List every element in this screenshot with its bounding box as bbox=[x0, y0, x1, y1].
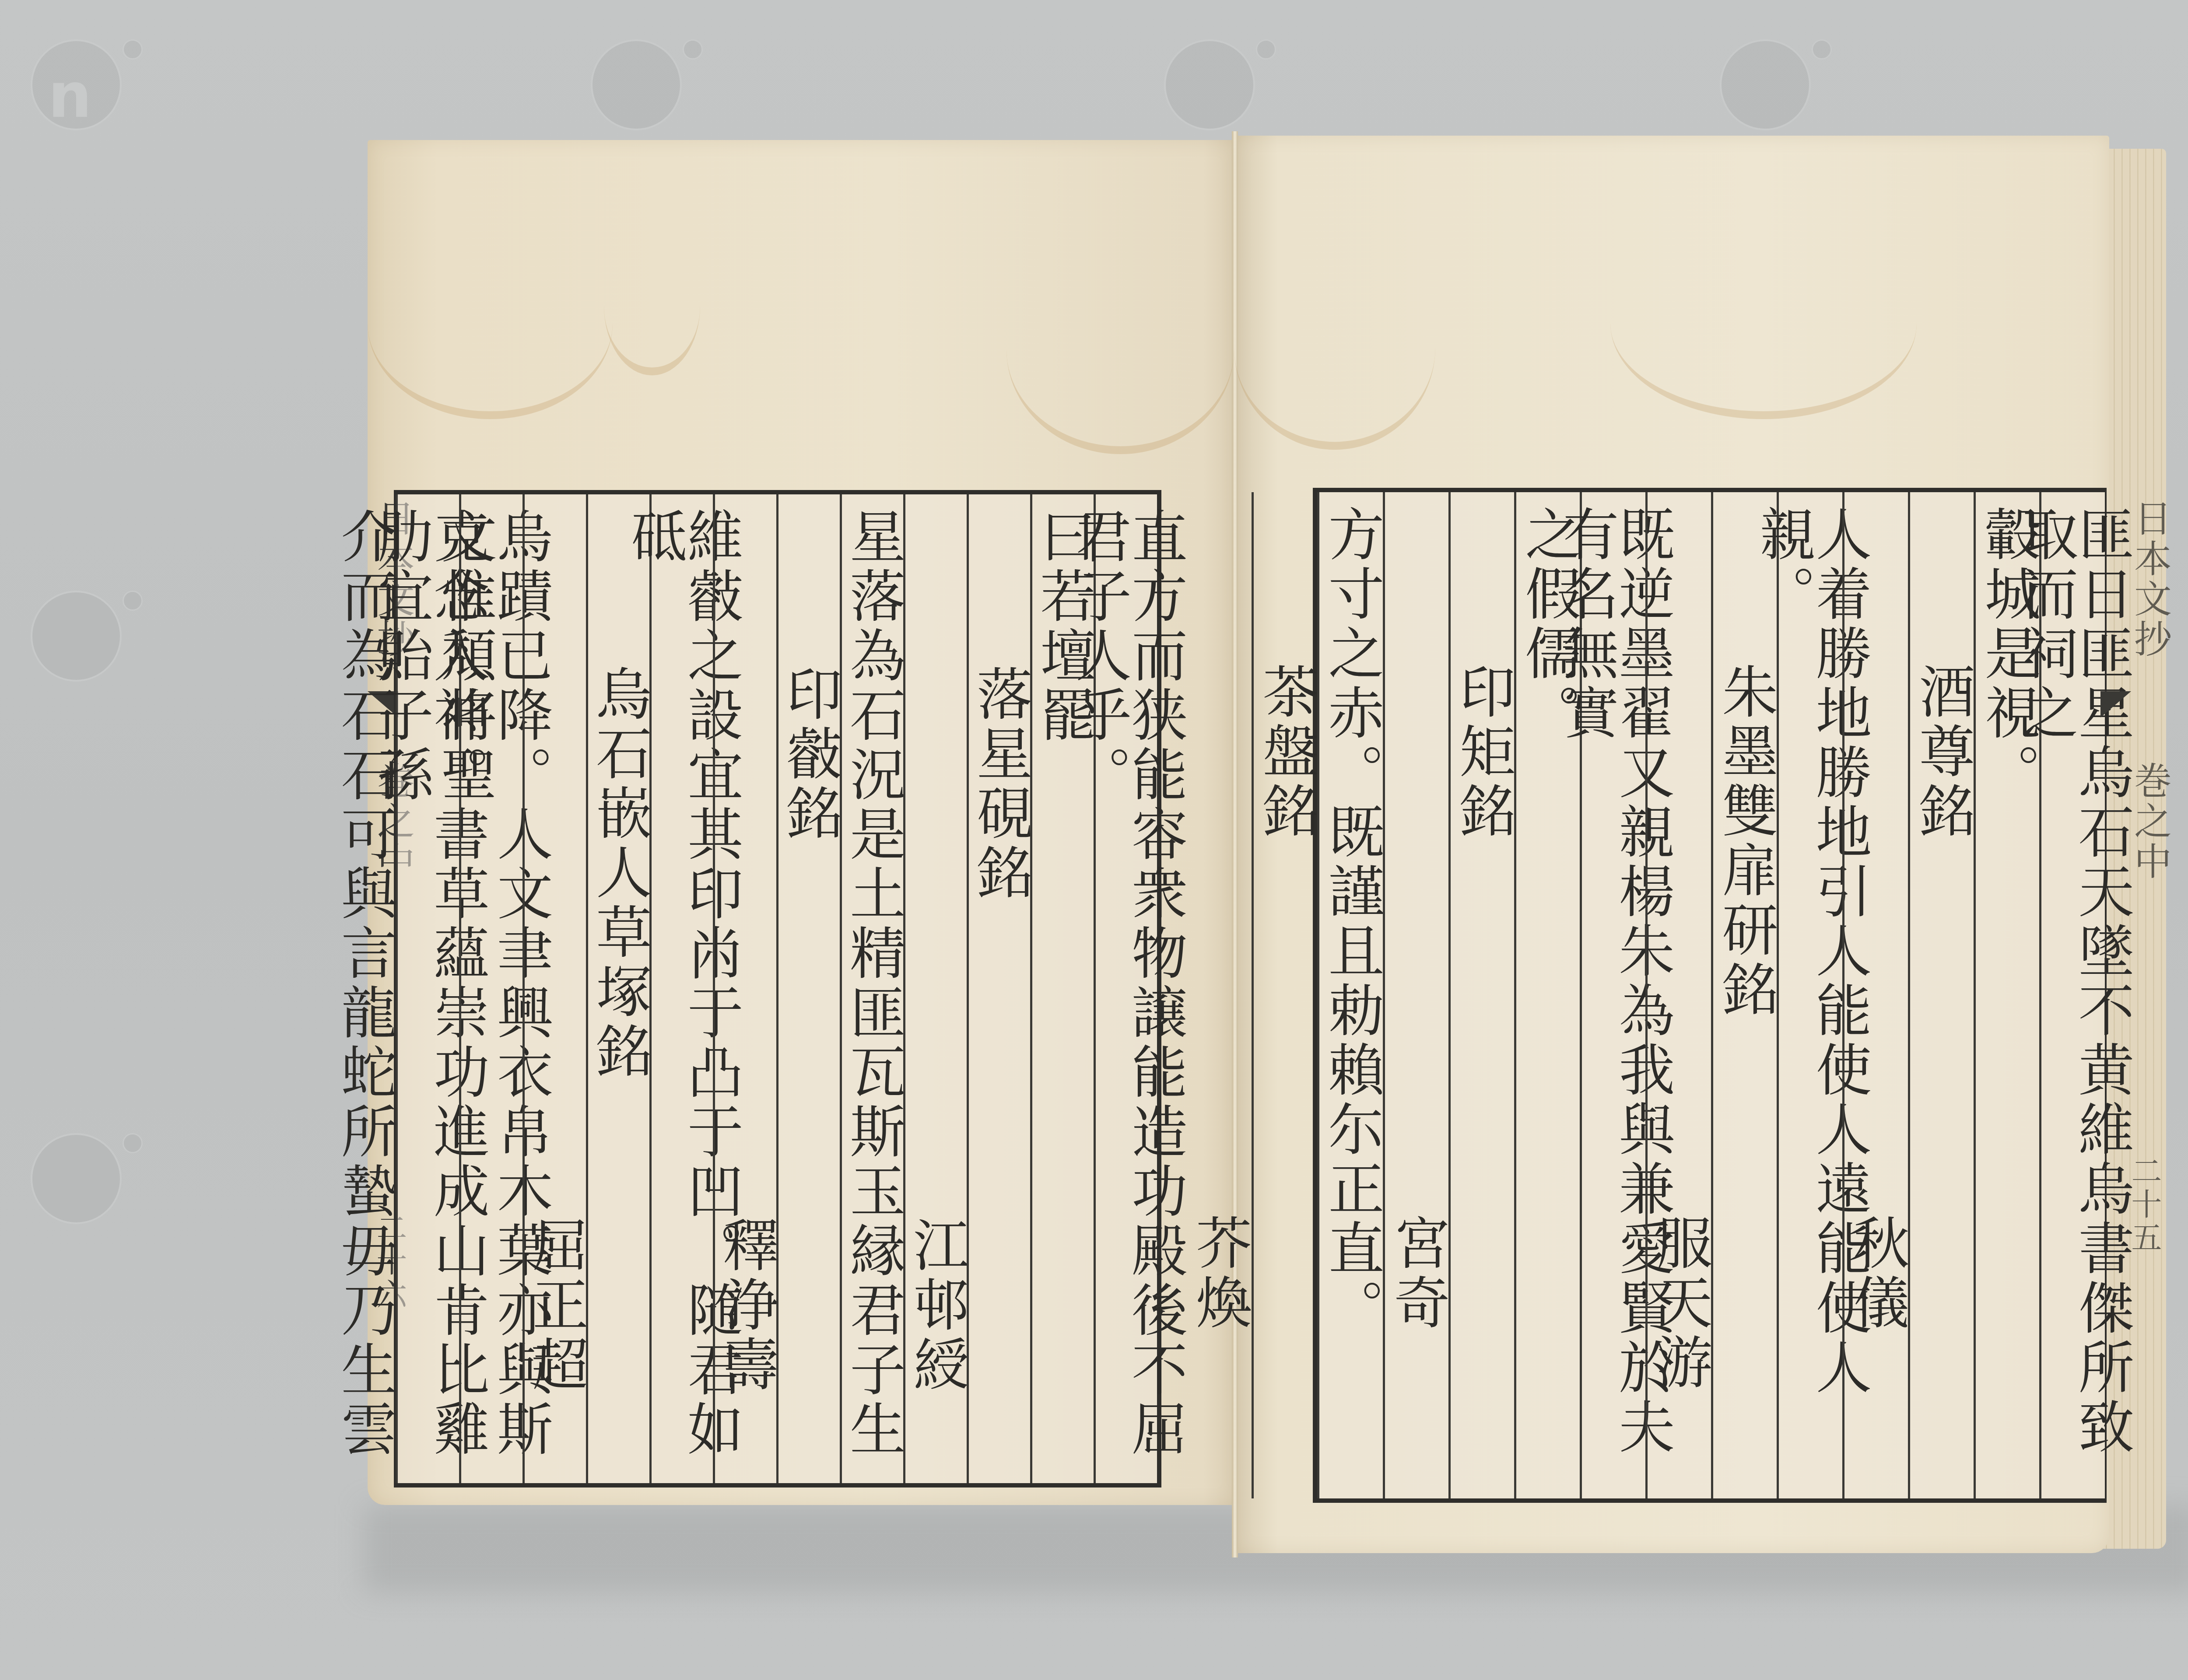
watermark-dot bbox=[123, 39, 143, 59]
text-column: 匪日匪星烏石天墜不黄維烏書傑所致取而祠之 bbox=[2039, 492, 2105, 1498]
author-name: 屈正超 bbox=[522, 494, 586, 1483]
watermark-logo bbox=[13, 569, 144, 700]
watermark-logo bbox=[1702, 17, 1834, 149]
water-stain bbox=[604, 236, 700, 375]
watermark-logo bbox=[13, 1111, 144, 1242]
inscription-title: 酒尊銘 bbox=[1908, 492, 1974, 1498]
volume-label: 巻之中 bbox=[2128, 761, 2171, 882]
author-name: 釋浄壽 bbox=[713, 494, 776, 1483]
author-name: 宮奇 bbox=[1383, 492, 1448, 1498]
inscription-title: 茶盤銘 bbox=[1252, 492, 1317, 1498]
author-name: 芥煥 bbox=[1186, 492, 1252, 1498]
watermark-n-glyph: n bbox=[48, 66, 92, 127]
author-name: 秋儀 bbox=[1842, 492, 1908, 1498]
author-name: 江邨綬 bbox=[903, 494, 967, 1483]
text-column: 方寸之赤。既謹且勅賴尓正直。 bbox=[1317, 492, 1383, 1498]
text-column: 烏蹟已降。人文聿興衣帛木葉亦與斯文惟頽将聖 bbox=[459, 494, 522, 1483]
text-column: 星落為石況是土精匪瓦斯玉縁君子生 bbox=[840, 494, 903, 1483]
watermark-logo bbox=[573, 17, 705, 149]
water-stain bbox=[1006, 245, 1234, 454]
text-column: 維㪫之設宜其印㡀于凸于凹。随君如砥 bbox=[649, 494, 713, 1483]
right-hashira-title: 日本文抄 bbox=[2122, 499, 2177, 660]
inscription-title: 印㪫銘 bbox=[776, 494, 840, 1483]
author-name: 服天游 bbox=[1645, 492, 1711, 1498]
inscription-title: 印矩銘 bbox=[1448, 492, 1514, 1498]
text-column: 直方而狭能容衆物譲能造功殿後不屈君子人乎。 bbox=[1094, 494, 1157, 1483]
right-text-frame: 匪日匪星烏石天墜不黄維烏書傑所致取而祠之 轂城是視。 酒尊銘 秋儀 人着勝地勝地… bbox=[1313, 488, 2107, 1503]
inscription-title: 落星硯銘 bbox=[967, 494, 1030, 1483]
text-column: 既逆墨翟又親楊朱為我與兼愛賢於夫有名無實 bbox=[1580, 492, 1645, 1498]
water-stain bbox=[1610, 227, 1917, 419]
water-stain bbox=[1234, 245, 1435, 450]
watermark-logo: n bbox=[13, 17, 144, 149]
right-page-number: 二十五 bbox=[2122, 1155, 2167, 1255]
book-title: 日本文抄 bbox=[2128, 499, 2171, 660]
text-column: 人着勝地勝地引人能使人遠能使人親。 bbox=[1777, 492, 1842, 1498]
water-stain bbox=[368, 227, 613, 419]
right-hashira-volume: 巻之中 bbox=[2122, 761, 2177, 882]
watermark-logo bbox=[1147, 17, 1278, 149]
left-text-frame: 直方而狭能容衆物譲能造功殿後不屈君子人乎。 曰若壇罷 落星硯銘 江邨綬 星落為石… bbox=[394, 490, 1161, 1487]
